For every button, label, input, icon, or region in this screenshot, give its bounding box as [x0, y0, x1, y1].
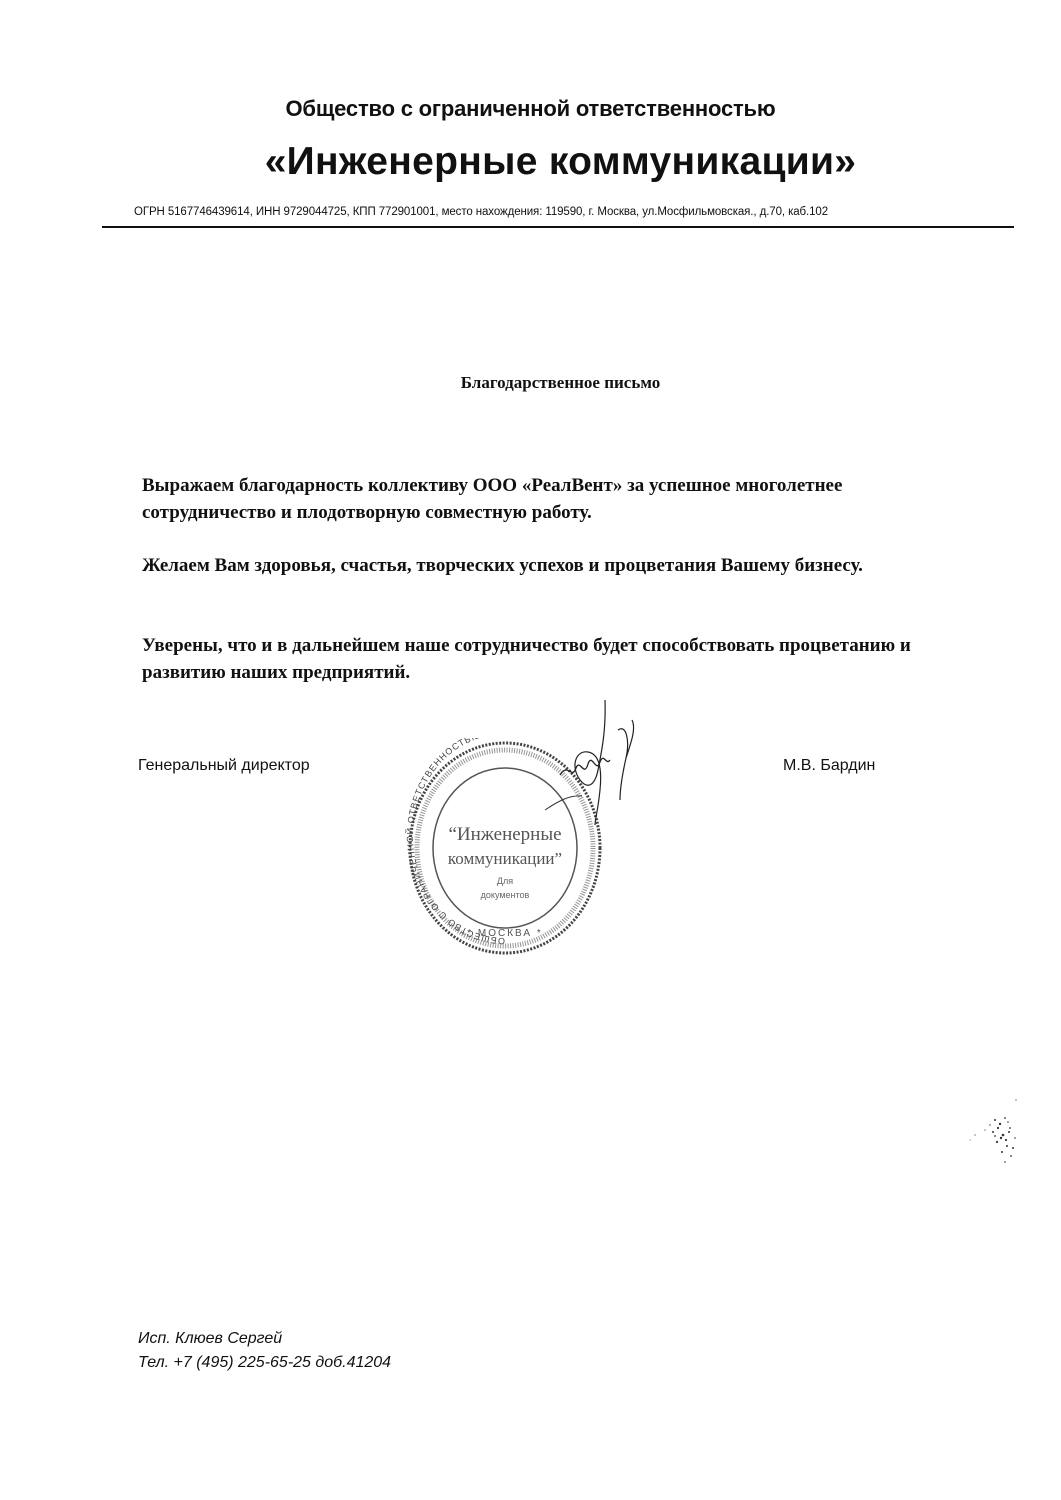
signatory-position: Генеральный директор	[138, 757, 310, 775]
seal-center-line2: коммуникации”	[448, 849, 562, 868]
signatory-name: М.В. Бардин	[783, 757, 875, 775]
seal-center-line4: документов	[481, 890, 530, 900]
document-title: Благодарственное письмо	[0, 373, 1061, 393]
paragraph-wishes: Желаем Вам здоровья, счастья, творческих…	[142, 552, 922, 579]
scan-artifact	[945, 1080, 1025, 1180]
letterhead-divider	[102, 226, 1014, 228]
signature-icon	[540, 700, 650, 840]
seal-city: * МОСКВА *	[467, 928, 543, 939]
paragraph-future: Уверены, что и в дальнейшем наше сотрудн…	[142, 632, 922, 686]
paragraph-gratitude: Выражаем благодарность коллективу ООО «Р…	[142, 472, 922, 526]
letterhead-requisites: ОГРН 5167746439614, ИНН 9729044725, КПП …	[134, 206, 1014, 218]
footer-executor: Исп. Клюев Сергей	[138, 1330, 282, 1348]
seal-center-line3: Для	[497, 876, 513, 886]
letterhead-company-name: «Инженерные коммуникации»	[0, 140, 1061, 184]
letterhead-org-form: Общество с ограниченной ответственностью	[0, 96, 1061, 122]
footer-phone: Тел. +7 (495) 225-65-25 доб.41204	[138, 1354, 391, 1372]
